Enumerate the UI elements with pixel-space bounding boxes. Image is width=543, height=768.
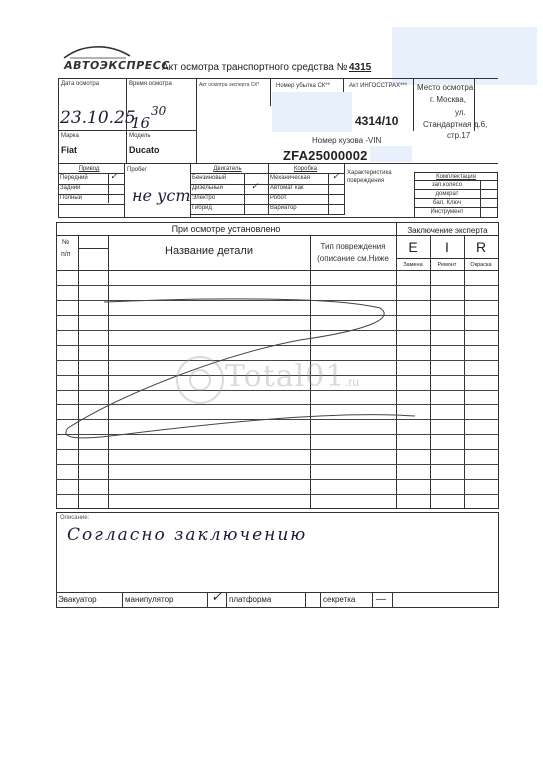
engine-option: Бензиновый [192,175,226,181]
damage-type-header-2: (описание см.Ниже [310,254,396,263]
damage-char-label-1: Характеристика [347,170,392,176]
findings-section-title: При осмотре установлено [56,224,396,234]
gearbox-option: Робот [270,195,286,201]
location-line-3: Стандартная д.6, [423,120,487,129]
redaction-block-top [392,27,537,85]
gearbox-option: Вариатор [270,205,297,211]
equipment-item: зап.колесо [414,182,480,188]
expert-code-label: Окраска [464,262,498,268]
table-row [56,330,499,331]
evacuator-label: Эвакуатор [58,595,97,604]
car-logo-icon [60,44,135,60]
logo: АВТОЭКСПРЕСС [60,44,135,74]
expert-code-label: Ремонт [430,262,464,268]
location-line-4: стр.17 [447,131,470,140]
model-value: Ducato [129,145,160,155]
act-number: 4315 [349,62,371,73]
secretka-mark: — [376,594,386,605]
time-minutes: 30 [151,104,166,118]
expert-act-label: Акт осмотра эксперта СК* [199,82,259,88]
mileage-label: Пробег [127,167,147,173]
engine-checkbox[interactable]: ✓ [251,182,259,192]
table-row [56,345,499,346]
vin-value: ZFA25000002 [283,148,368,163]
table-row [56,434,499,435]
watermark-logo-icon [175,355,227,405]
location-label: Место осмотра: [417,83,475,92]
redaction-vin [370,146,412,162]
table-row [56,315,499,316]
table-row [56,464,499,465]
equipment-item: Инструмент [414,209,480,215]
drive-option: Полный [60,195,82,201]
conclusion-title: Заключение эксперта [396,226,499,235]
model-label: Модель [129,133,151,139]
engine-title: Двигатель [190,166,265,172]
no-label: № [62,239,70,246]
engine-option: Электро [192,195,215,201]
engine-option: Гибрид [192,205,212,211]
expert-code-e: E [396,239,430,255]
gearbox-checkbox[interactable]: ✓ [332,172,340,182]
watermark-suffix: .ru [345,375,359,389]
drive-checkbox[interactable]: ✓ [110,172,118,182]
expert-code-r: R [464,239,498,255]
table-row [56,494,499,495]
time-label: Время осмотра [129,81,172,87]
location-line-1: г. Москва, [418,95,478,104]
platform-label: платформа [229,595,271,604]
manipulator-checkmark: ✓ [211,590,222,605]
location-line-2: ул. [455,108,466,117]
logo-text: АВТОЭКСПРЕСС [63,59,171,72]
redaction-claim-number [272,92,352,132]
time-hour: 16 [131,114,150,132]
pp-label: п/п [61,251,71,258]
claim-number-label: Номер убытка СК** [276,83,330,89]
secretka-label: секретка [323,595,355,604]
date-label: Дата осмотра [61,81,99,87]
gearbox-option: Автомат как [270,185,304,191]
document-title: Акт осмотра транспортного средства № [162,62,347,73]
table-row [56,285,499,286]
ingosstrakh-act-value: 4314/10 [355,114,398,128]
expert-code-label: Замена [396,262,430,268]
gearbox-option: Механическая [270,175,310,181]
manipulator-label: манипулятор [125,595,173,604]
damage-char-label-2: повреждения [347,178,384,184]
mileage-value: не уст [132,186,191,205]
description-value: Согласно заключению [67,525,307,545]
equipment-item: бал. Ключ [414,200,480,206]
watermark-text: Total01 [225,359,345,394]
table-row [56,479,499,480]
table-row [56,449,499,450]
part-name-header: Название детали [108,245,310,257]
date-value: 23.10.25 [60,108,136,128]
drive-option: Задний [60,185,80,191]
expert-code-i: I [430,239,464,255]
drive-option: Передний [60,175,88,181]
ingosstrakh-act-label: Акт ИНГОССТРАХ*** [349,83,407,89]
table-row [56,300,499,301]
table-row [56,419,499,420]
vin-label: Номер кузова -VIN [312,136,381,145]
divider [58,204,124,205]
description-label: Описание: [60,515,89,521]
equipment-item: домкрат [414,191,480,197]
brand-label: Марка [61,133,79,139]
damage-type-header-1: Тип повреждения [310,242,396,251]
brand-value: Fiat [61,145,77,155]
table-row [56,404,499,405]
engine-option: Дизельный [192,185,223,191]
